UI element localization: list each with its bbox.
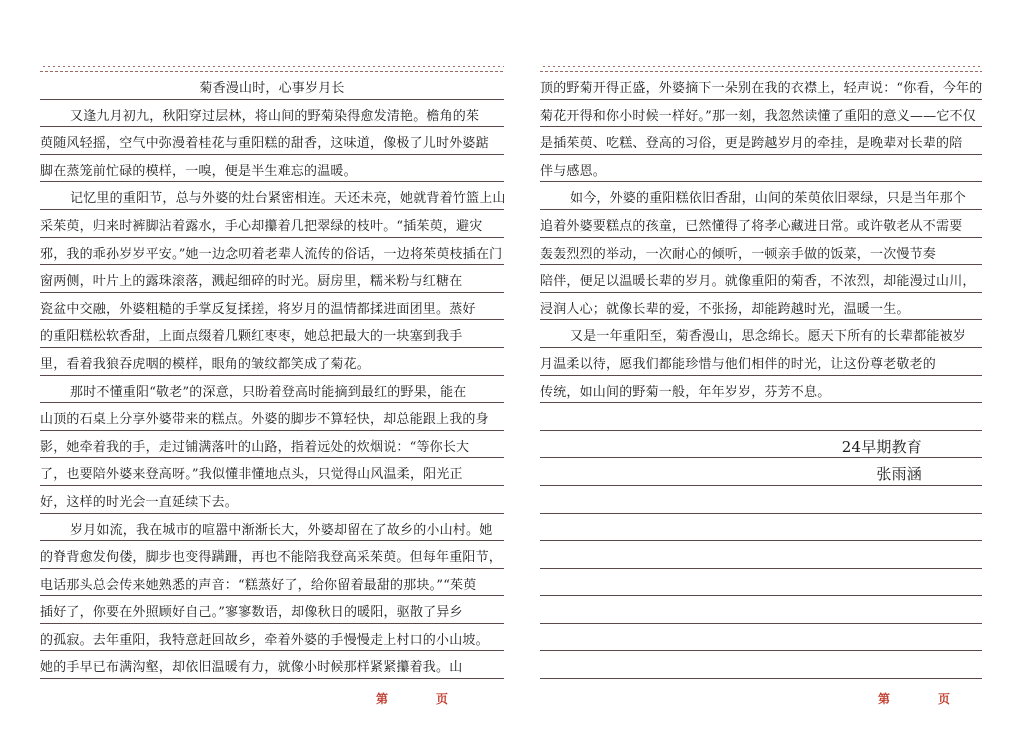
text-line: 影，她牵着我的手，走过铺满落叶的山路，指着远处的炊烟说：“等你长大 [40,431,504,459]
text-line: 的脊背愈发佝偻，脚步也变得蹒跚，再也不能陪我登高采茱萸。但每年重阳节， [40,541,504,569]
left-page: 菊香漫山时，心事岁月长 又逢九月初九，秋阳穿过层林，将山间的野菊染得愈发清艳。檐… [40,0,504,744]
signature-name: 张雨涵 [540,458,982,486]
blank-line [540,541,982,569]
left-page-lines: 菊香漫山时，心事岁月长 又逢九月初九，秋阳穿过层林，将山间的野菊染得愈发清艳。檐… [40,72,504,679]
text-line: 电话那头总会传来她熟悉的声音：“糕蒸好了，给你留着最甜的那块。”“茱萸 [40,569,504,597]
text-line: 是插茱萸、吃糕、登高的习俗，更是跨越岁月的牵挂，是晚辈对长辈的陪 [540,127,982,155]
text-line: 如今，外婆的重阳糕依旧香甜，山间的茱萸依旧翠绿，只是当年那个 [540,182,982,210]
text-line: 萸随风轻摇，空气中弥漫着桂花与重阳糕的甜香，这味道，像极了儿时外婆踮 [40,127,504,155]
text-line: 月温柔以待，愿我们都能珍惜与他们相伴的时光，让这份尊老敬老的 [540,348,982,376]
text-line: 岁月如流，我在城市的喧嚣中渐渐长大，外婆却留在了故乡的小山村。她 [40,514,504,542]
text-line: 的重阳糕松软香甜，上面点缀着几颗红枣枣，她总把最大的一块塞到我手 [40,320,504,348]
blank-line [540,486,982,514]
text-line: 插好了，你要在外照顾好自己。”寥寥数语，却像秋日的暖阳，驱散了异乡 [40,596,504,624]
text-line: 脚在蒸笼前忙碌的模样，一嗅，便是半生难忘的温暖。 [40,155,504,183]
text-line: 又是一年重阳至，菊香漫山，思念绵长。愿天下所有的长辈都能被岁 [540,320,982,348]
text-line: 邪，我的乖孙岁岁平安。”她一边念叨着老辈人流传的俗话，一边将茱萸枝插在门 [40,238,504,266]
text-line: 陪伴，便足以温暖长辈的岁月。就像重阳的菊香，不浓烈，却能漫过山川， [540,265,982,293]
text-line: 窗两侧，叶片上的露珠滚落，溅起细碎的时光。厨房里，糯米粉与红糖在 [40,265,504,293]
text-line: 顶的野菊开得正盛，外婆摘下一朵别在我的衣襟上，轻声说：“你看，今年的 [540,72,982,100]
signature-class: 24早期教育 [540,431,982,459]
text-line: 的孤寂。去年重阳，我特意赶回故乡，牵着外婆的手慢慢走上村口的小山坡。 [40,624,504,652]
text-line: 采茱萸，归来时裤脚沾着露水，手心却攥着几把翠绿的枝叶。“插茱萸，避灾 [40,210,504,238]
text-line: 轰轰烈烈的举动，一次耐心的倾听，一顿亲手做的饭菜，一次慢节奏 [540,238,982,266]
blank-line [540,403,982,431]
right-page: 顶的野菊开得正盛，外婆摘下一朵别在我的衣襟上，轻声说：“你看，今年的 菊花开得和… [540,0,982,744]
text-line: 又逢九月初九，秋阳穿过层林，将山间的野菊染得愈发清艳。檐角的茱 [40,100,504,128]
blank-line [540,651,982,679]
text-line: 她的手早已布满沟壑，却依旧温暖有力，就像小时候那样紧紧攥着我。山 [40,651,504,679]
right-page-lines: 顶的野菊开得正盛，外婆摘下一朵别在我的衣襟上，轻声说：“你看，今年的 菊花开得和… [540,72,982,679]
text-line: 传统，如山间的野菊一般，年年岁岁，芬芳不息。 [540,376,982,404]
blank-line [540,624,982,652]
blank-line [540,596,982,624]
text-line: 瓷盆中交融，外婆粗糙的手掌反复揉搓，将岁月的温情都揉进面团里。蒸好 [40,293,504,321]
blank-line [540,514,982,542]
text-line: 了，也要陪外婆来登高呀。”我似懂非懂地点头，只觉得山风温柔，阳光正 [40,458,504,486]
text-line: 记忆里的重阳节，总与外婆的灶台紧密相连。天还未亮，她就背着竹篮上山 [40,182,504,210]
text-line: 浸润人心；就像长辈的爱，不张扬，却能跨越时光，温暖一生。 [540,293,982,321]
text-line: 菊花开得和你小时候一样好。”那一刻，我忽然读懂了重阳的意义——它不仅 [540,100,982,128]
page-label-di: 第 [878,690,890,707]
page-label-di: 第 [376,690,388,707]
text-line: 山顶的石桌上分享外婆带来的糕点。外婆的脚步不算轻快，却总能跟上我的身 [40,403,504,431]
text-line: 伴与感恩。 [540,155,982,183]
text-line: 里，看着我狼吞虎咽的模样，眼角的皱纹都笑成了菊花。 [40,348,504,376]
page-label-ye: 页 [436,690,448,707]
page-label-ye: 页 [938,690,950,707]
text-line: 好，这样的时光会一直延续下去。 [40,486,504,514]
blank-line [540,569,982,597]
text-line: 那时不懂重阳“敬老”的深意，只盼着登高时能摘到最红的野果，能在 [40,376,504,404]
essay-title: 菊香漫山时，心事岁月长 [40,72,504,100]
text-line: 追着外婆要糕点的孩童，已然懂得了将孝心藏进日常。或许敬老从不需要 [540,210,982,238]
